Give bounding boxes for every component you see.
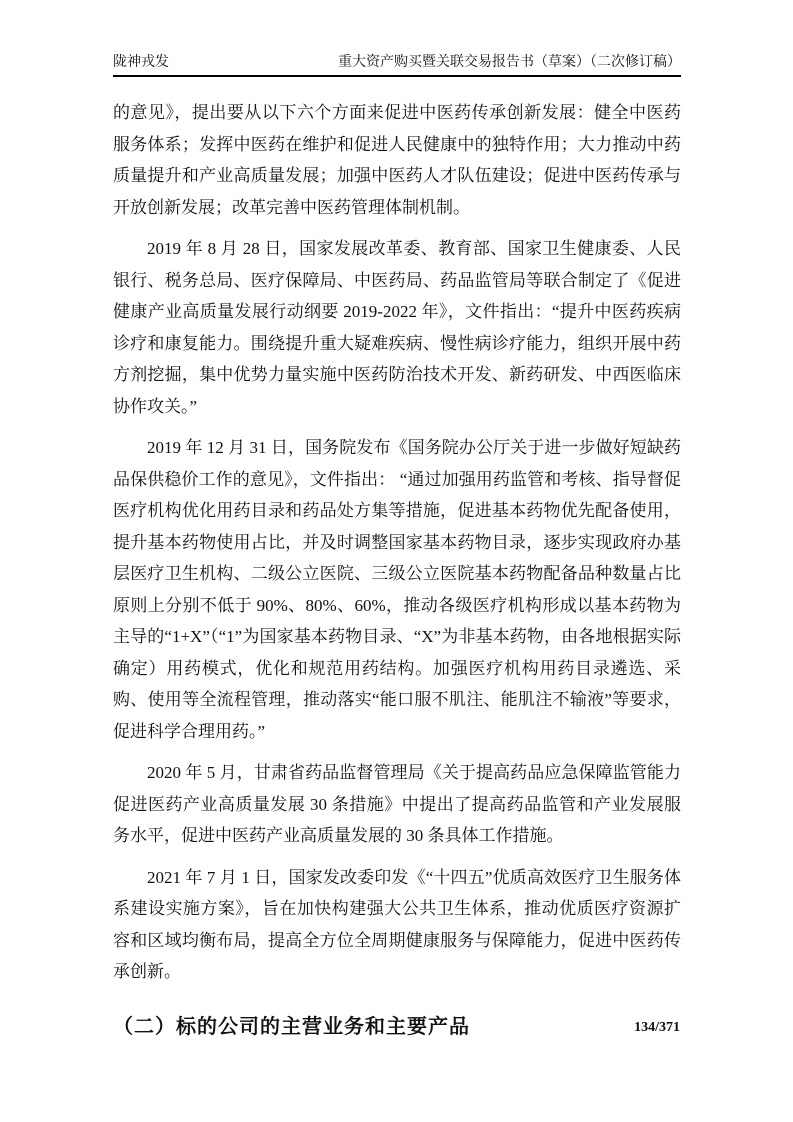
document-page: 陇神戎发 重大资产购买暨关联交易报告书（草案）（二次修订稿） 的意见》，提出要从… (0, 0, 793, 1122)
paragraph: 2020 年 5 月，甘肃省药品监督管理局《关于提高药品应急保障监管能力促进医药… (113, 757, 681, 852)
section-heading: （二）标的公司的主营业务和主要产品 (113, 1014, 681, 1040)
body-text: 的意见》，提出要从以下六个方面来促进中医药传承创新发展：健全中医药服务体系；发挥… (113, 97, 681, 1040)
page-content: 陇神戎发 重大资产购买暨关联交易报告书（草案）（二次修订稿） 的意见》，提出要从… (113, 54, 681, 1040)
paragraph: 2021 年 7 月 1 日，国家发改委印发《“十四五”优质高效医疗卫生服务体系… (113, 862, 681, 988)
paragraph: 2019 年 8 月 28 日，国家发展改革委、教育部、国家卫生健康委、人民银行… (113, 233, 681, 422)
header-report-title: 重大资产购买暨关联交易报告书（草案）（二次修订稿） (338, 54, 681, 72)
page-number: 134/371 (634, 1020, 680, 1036)
paragraph: 2019 年 12 月 31 日，国务院发布《国务院办公厅关于进一步做好短缺药品… (113, 432, 681, 747)
header-company-name: 陇神戎发 (113, 54, 169, 72)
paragraph: 的意见》，提出要从以下六个方面来促进中医药传承创新发展：健全中医药服务体系；发挥… (113, 97, 681, 223)
page-header: 陇神戎发 重大资产购买暨关联交易报告书（草案）（二次修订稿） (113, 54, 681, 77)
